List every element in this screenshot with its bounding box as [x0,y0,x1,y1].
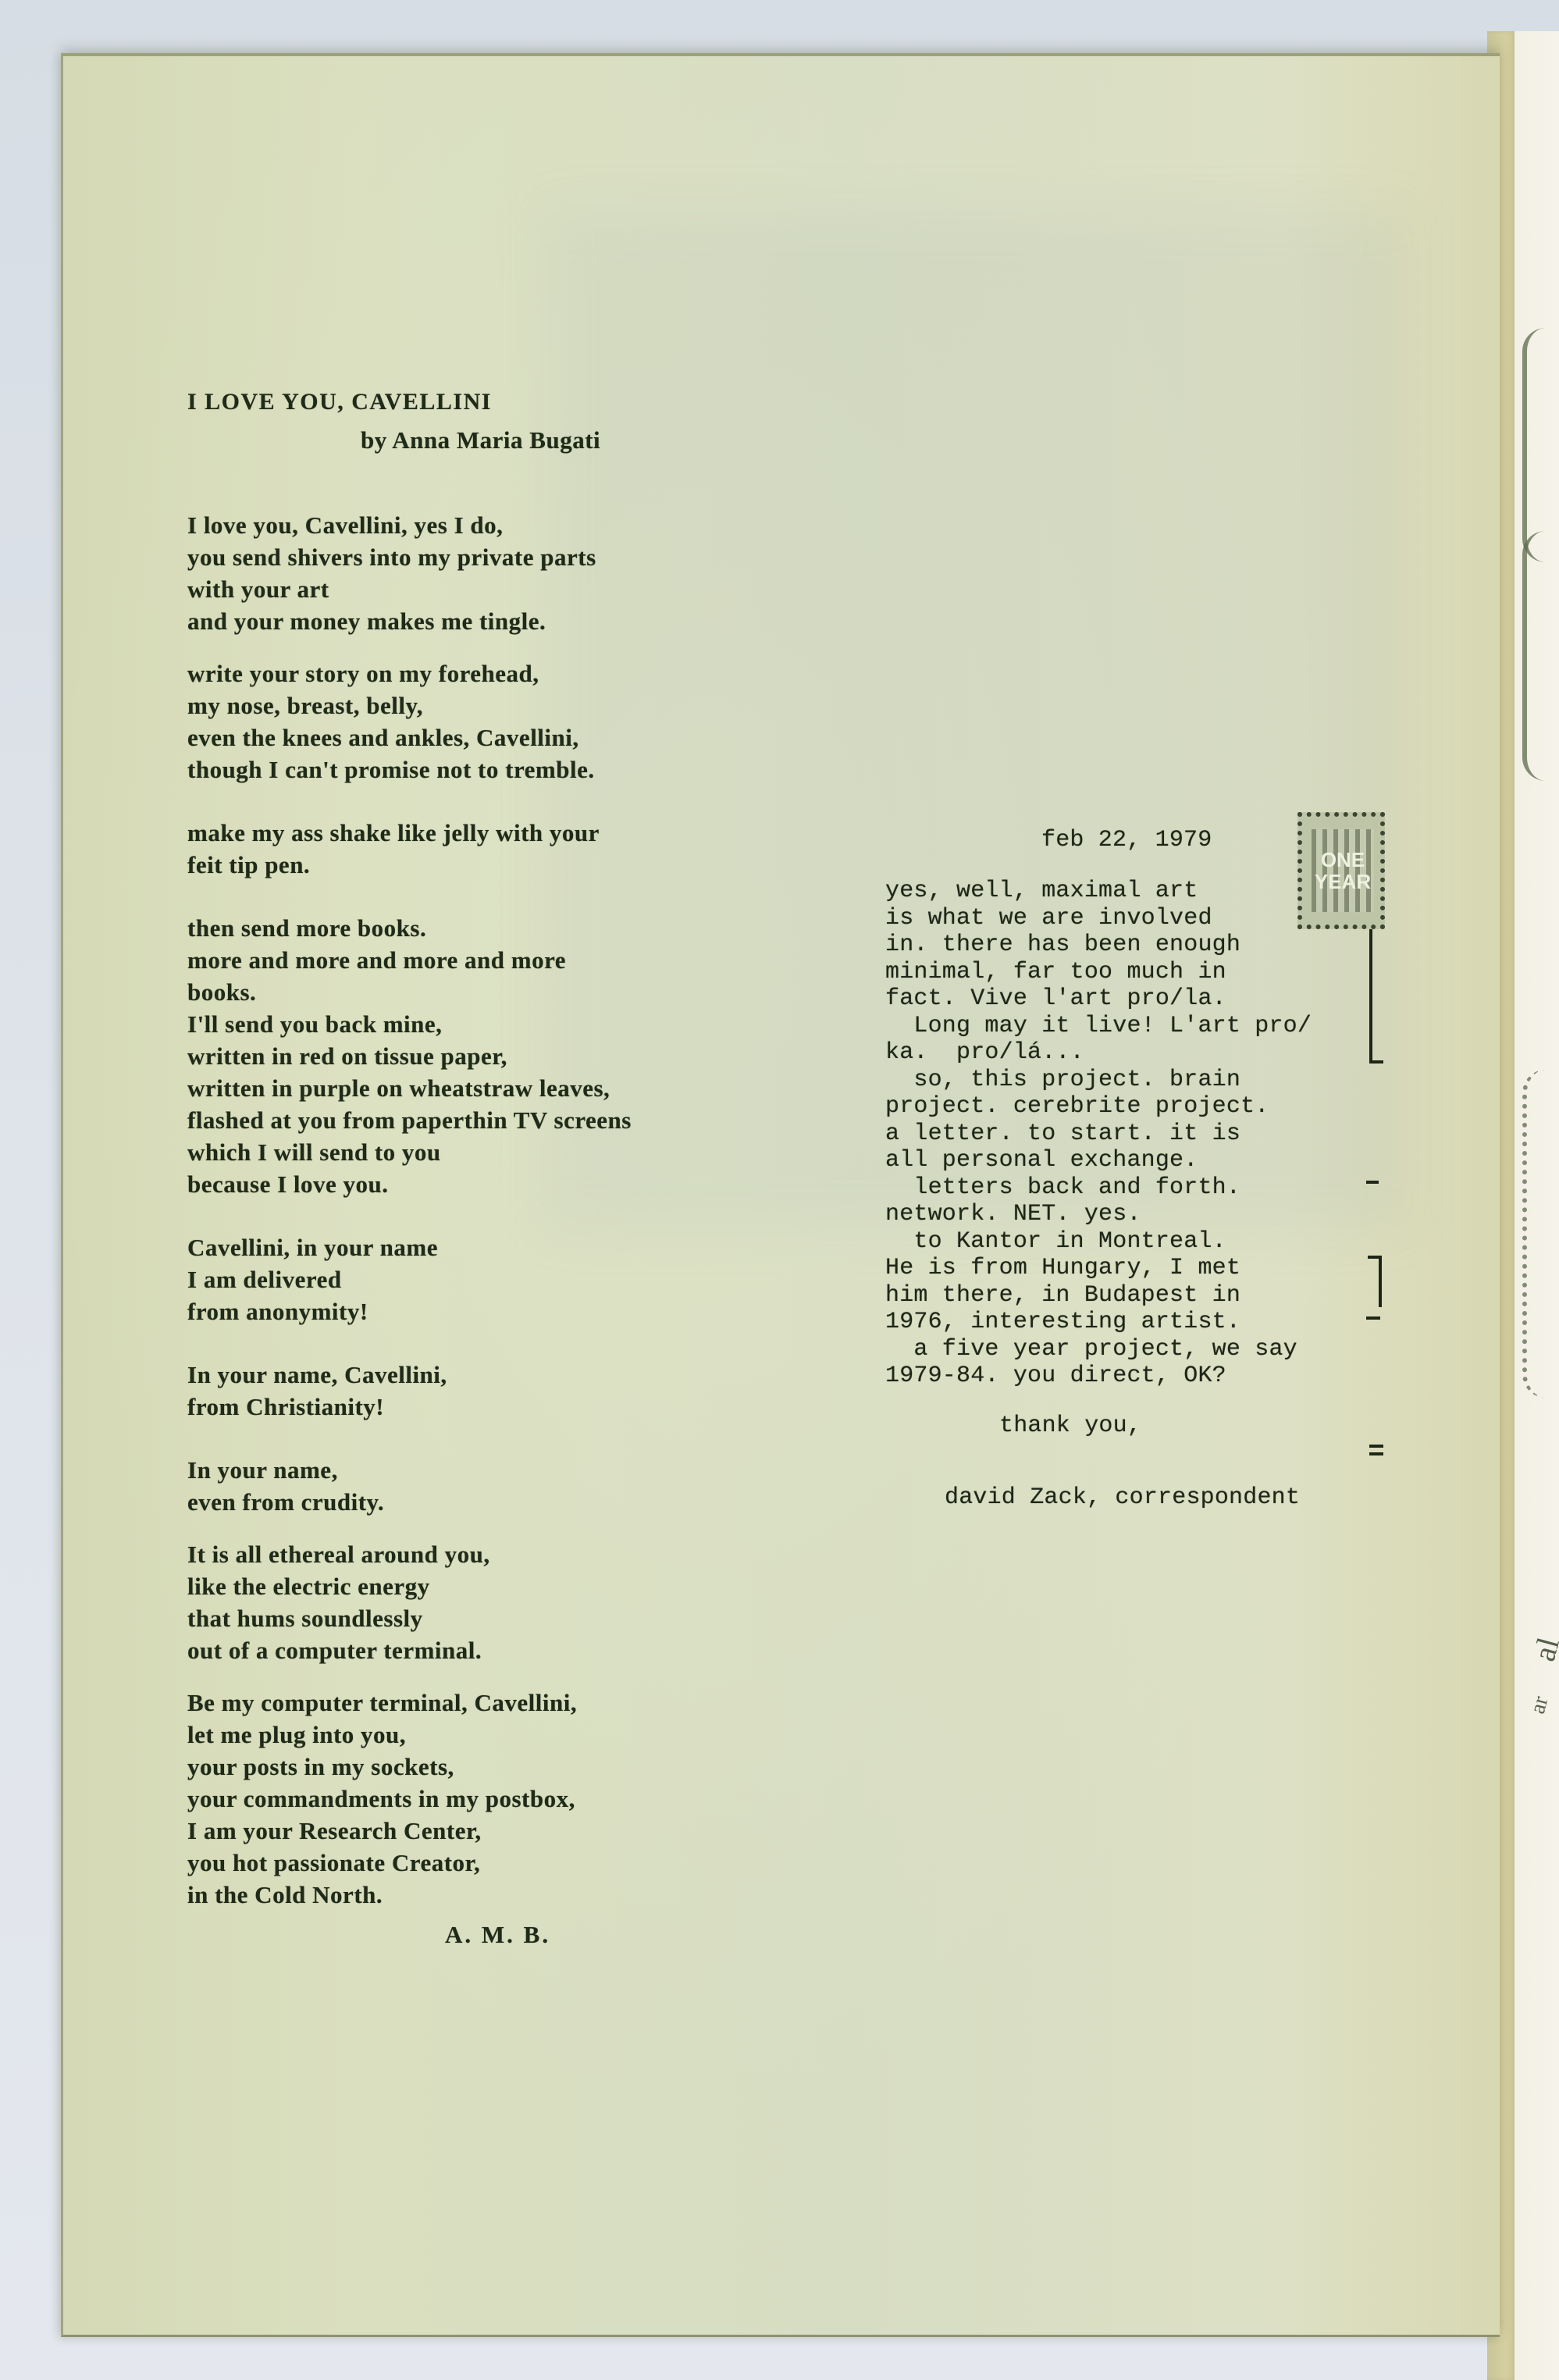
letter-line: all personal exchange. [885,1147,1369,1174]
poem-stanza: Be my computer terminal, Cavellini,let m… [187,1687,828,1911]
poem-line: even the knees and ankles, Cavellini, [187,721,828,754]
poem-title: I LOVE YOU, CAVELLINI [187,389,828,415]
letter-body: yes, well, maximal artis what we are inv… [885,878,1369,1390]
poem-line: Cavellini, in your name [187,1231,828,1263]
letter-closing: thank you, [999,1410,1369,1441]
poem-line: because I love you. [187,1168,828,1200]
poem-stanza: make my ass shake like jelly with yourfe… [187,817,828,881]
poem-line: In your name, [187,1454,828,1486]
poem-line: I am your Research Center, [187,1815,828,1847]
poem-line: like the electric energy [187,1570,828,1602]
stamp-text: ONE YEAR [1312,829,1374,912]
letter-line: ka. pro/lá... [885,1039,1369,1067]
poem-stanza: write your story on my forehead,my nose,… [187,657,828,786]
letter-line: to Kantor in Montreal. [885,1228,1369,1256]
poem-line: I love you, Cavellini, yes I do, [187,509,828,541]
letter-line: is what we are involved [885,905,1369,932]
poem-line: I am delivered [187,1263,828,1295]
typewritten-letter: feb 22, 1979 yes, well, maximal artis wh… [885,825,1369,1513]
poem-line: written in red on tissue paper, [187,1040,828,1072]
printed-art-fragment-icon [1522,1070,1559,1398]
poem-line: written in purple on wheatstraw leaves, [187,1072,828,1104]
letter-line: 1976, interesting artist. [885,1309,1369,1336]
letter-line: a letter. to start. it is [885,1121,1369,1148]
poem-initials: A. M. B. [445,1919,828,1951]
poem-line: though I can't promise not to tremble. [187,754,828,786]
letter-line: him there, in Budapest in [885,1282,1369,1309]
letter-line: so, this project. brain [885,1067,1369,1094]
letter-signature: david Zack, correspondent [945,1482,1369,1513]
margin-dash-icon [1366,1181,1379,1184]
printed-art-fragment-icon [1522,531,1559,781]
poem-line: books. [187,976,828,1008]
margin-bracket-icon [1368,1256,1380,1259]
adjacent-page-text: ar [1525,1694,1554,1716]
letter-line: yes, well, maximal art [885,878,1369,905]
margin-bracket-icon [1369,1060,1383,1064]
poem-line: my nose, breast, belly, [187,689,828,721]
margin-bracket-icon [1379,1256,1382,1307]
poem-stanza: In your name,even from crudity. [187,1454,828,1518]
letter-line: in. there has been enough [885,932,1369,959]
margin-equals-icon [1369,1452,1383,1455]
letter-line: He is from Hungary, I met [885,1255,1369,1282]
poem-stanza: then send more books.more and more and m… [187,912,828,1200]
letter-line: letters back and forth. [885,1174,1369,1202]
poem-line: with your art [187,573,828,605]
poem: I LOVE YOU, CAVELLINI by Anna Maria Buga… [187,389,828,1951]
letter-line: 1979-84. you direct, OK? [885,1363,1369,1390]
poem-line: in the Cold North. [187,1879,828,1911]
margin-dash-icon [1366,1316,1380,1320]
poem-stanza: It is all ethereal around you,like the e… [187,1538,828,1666]
poem-stanza: I love you, Cavellini, yes I do,you send… [187,509,828,637]
poem-line: flashed at you from paperthin TV screens [187,1104,828,1136]
poem-line: feit tip pen. [187,849,828,881]
adjacent-page-text: al [1525,1634,1559,1665]
poem-stanzas: I love you, Cavellini, yes I do,you send… [187,509,828,1911]
letter-line: Long may it live! L'art pro/ [885,1013,1369,1040]
poem-line: from Christianity! [187,1391,828,1423]
letter-line: fact. Vive l'art pro/la. [885,985,1369,1013]
poem-line: then send more books. [187,912,828,944]
poem-line: from anonymity! [187,1295,828,1327]
poem-stanza: In your name, Cavellini,from Christianit… [187,1359,828,1423]
poem-line: In your name, Cavellini, [187,1359,828,1391]
poem-byline: by Anna Maria Bugati [361,426,828,454]
poem-line: It is all ethereal around you, [187,1538,828,1570]
poem-line: write your story on my forehead, [187,657,828,689]
poem-line: let me plug into you, [187,1719,828,1751]
poem-line: your commandments in my postbox, [187,1783,828,1815]
poem-line: I'll send you back mine, [187,1008,828,1040]
poem-line: that hums soundlessly [187,1602,828,1634]
poem-line: you send shivers into my private parts [187,541,828,573]
printed-art-fragment-icon [1522,328,1559,562]
postage-stamp-icon: ONE YEAR [1297,812,1385,929]
poem-line: which I will send to you [187,1136,828,1168]
poem-line: and your money makes me tingle. [187,605,828,637]
adjacent-page: al ar [1515,31,1559,2380]
letter-line: a five year project, we say [885,1336,1369,1363]
poem-line: more and more and more and more [187,944,828,976]
margin-marks [1357,929,1388,1554]
poem-line: you hot passionate Creator, [187,1847,828,1879]
letter-line: minimal, far too much in [885,959,1369,986]
poem-line: out of a computer terminal. [187,1634,828,1666]
letter-line: network. NET. yes. [885,1201,1369,1228]
poem-stanza: Cavellini, in your nameI am deliveredfro… [187,1231,828,1327]
poem-line: Be my computer terminal, Cavellini, [187,1687,828,1719]
poem-line: your posts in my sockets, [187,1751,828,1783]
poem-line: even from crudity. [187,1486,828,1518]
letter-line: project. cerebrite project. [885,1093,1369,1121]
margin-equals-icon [1369,1445,1383,1448]
poem-line: make my ass shake like jelly with your [187,817,828,849]
margin-bracket-icon [1369,929,1372,1062]
